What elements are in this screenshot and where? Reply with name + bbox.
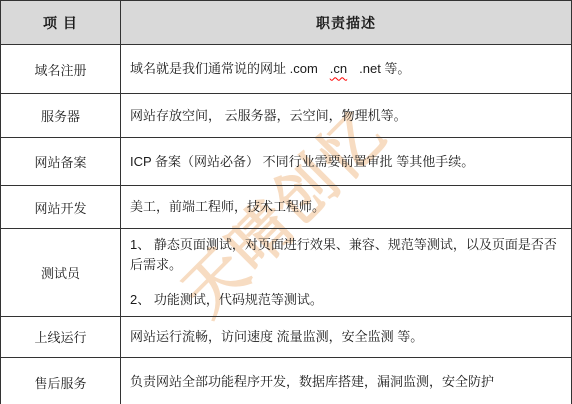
table-row-tester: 测试员 1、 静态页面测试，对页面进行效果、兼容、规范等测试，以及页面是否否后需… — [1, 229, 572, 317]
item-cell: 网站开发 — [1, 186, 121, 229]
table-row-website-filing: 网站备案 ICP 备案（网站必备） 不同行业需要前置审批 等其他手续。 — [1, 138, 572, 186]
desc-line-1: 1、 静态页面测试，对页面进行效果、兼容、规范等测试，以及页面是否否后需求。 — [130, 235, 561, 274]
desc-cell: ICP 备案（网站必备） 不同行业需要前置审批 等其他手续。 — [121, 138, 572, 186]
table-row-server: 服务器 网站存放空间， 云服务器，云空间，物理机等。 — [1, 94, 572, 138]
desc-cell: 网站存放空间， 云服务器，云空间，物理机等。 — [121, 94, 572, 138]
table-row-domain-registration: 域名注册 域名就是我们通常说的网址 .com.cn.net 等。 — [1, 45, 572, 94]
desc-text: 域名就是我们通常说的网址 .com — [130, 61, 318, 76]
table-row-go-live: 上线运行 网站运行流畅，访问速度 流量监测，安全监测 等。 — [1, 316, 572, 357]
item-cell: 测试员 — [1, 229, 121, 317]
item-cell: 上线运行 — [1, 316, 121, 357]
table-header-row: 项 目 职责描述 — [1, 1, 572, 45]
desc-cell: 负责网站全部功能程序开发，数据库搭建，漏洞监测，安全防护 — [121, 357, 572, 404]
item-cell: 域名注册 — [1, 45, 121, 94]
item-cell: 售后服务 — [1, 357, 121, 404]
spellchecked-word: .cn — [330, 61, 347, 76]
desc-line-2: 2、 功能测试，代码规范等测试。 — [130, 290, 561, 310]
document-page: 天晴创忆 项 目 职责描述 域名注册 域名就是我们通常说的网址 .com.cn.… — [0, 0, 572, 404]
table-row-website-development: 网站开发 美工，前端工程师，技术工程师。 — [1, 186, 572, 229]
table-row-after-sales: 售后服务 负责网站全部功能程序开发，数据库搭建，漏洞监测，安全防护 — [1, 357, 572, 404]
desc-text: .net 等。 — [359, 61, 410, 76]
item-cell: 服务器 — [1, 94, 121, 138]
desc-cell: 域名就是我们通常说的网址 .com.cn.net 等。 — [121, 45, 572, 94]
item-cell: 网站备案 — [1, 138, 121, 186]
header-cell-description: 职责描述 — [121, 1, 572, 45]
header-cell-item: 项 目 — [1, 1, 121, 45]
desc-cell: 1、 静态页面测试，对页面进行效果、兼容、规范等测试，以及页面是否否后需求。 2… — [121, 229, 572, 317]
desc-cell: 美工，前端工程师，技术工程师。 — [121, 186, 572, 229]
desc-cell: 网站运行流畅，访问速度 流量监测，安全监测 等。 — [121, 316, 572, 357]
responsibility-table: 项 目 职责描述 域名注册 域名就是我们通常说的网址 .com.cn.net 等… — [0, 0, 572, 404]
